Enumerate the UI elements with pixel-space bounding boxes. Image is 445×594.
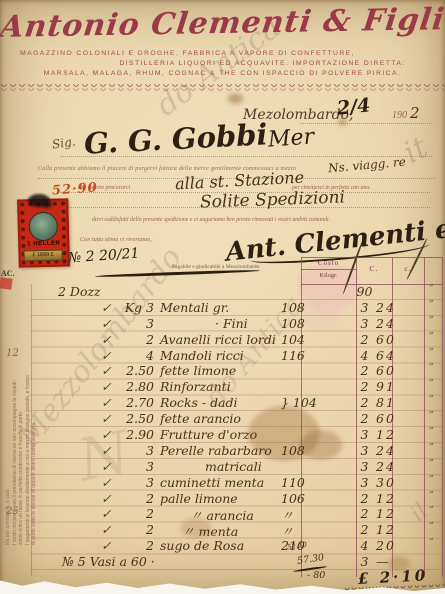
table-row: ✓ 2 sugo de Rosa 210 4 20 ” (0, 538, 445, 554)
row-price-cents: 24 (376, 443, 402, 458)
row-price-lire: 2 (355, 506, 374, 521)
row-price-lire: 2 (355, 491, 374, 506)
table-row: ✓ 2.50 fette arancio 2 60 ” (0, 411, 445, 427)
closing-line: Con tutta stima vi riveriamo, (80, 236, 152, 243)
row-ditto-tick: ” (429, 363, 434, 373)
row-ditto-tick: ” (429, 491, 434, 501)
row-description: · Fini (215, 316, 248, 331)
row-ditto-tick: ” (429, 506, 434, 516)
row-price-cents: 24 (376, 316, 402, 331)
row-quantity: Kg 3 (118, 300, 154, 315)
row-price-cents: 24 (376, 300, 402, 315)
row-quantity: 3 (118, 459, 154, 474)
dateline-date-handwritten: 2/4 (336, 94, 372, 119)
row-quantity: 2 (118, 506, 154, 521)
row-quantity: 3 (118, 443, 154, 458)
scanned-invoice-page: do Antica it Mezzolombardo do Antica il … (0, 0, 445, 594)
row-ditto-tick: ” (429, 348, 434, 358)
row-price-lire: 3 (355, 459, 374, 474)
company-subtitle-line: DISTILLERIA LIQUORI ED ACQUAVITE. IMPORT… (40, 60, 445, 67)
row-check-mark: ✓ (101, 491, 119, 506)
package-label: AC. (1, 269, 15, 278)
row-description: Avanelli ricci lordi (160, 332, 276, 347)
intro-rule (60, 206, 430, 208)
row-quantity: 4 (118, 348, 154, 363)
satisfaction-line: dirvi soddisfatti della presente spedizi… (92, 217, 330, 223)
row-quantity: 2 (118, 491, 154, 506)
table-row: ✓ 3 · Fini 108 3 24 ” (0, 316, 445, 332)
row-ditto-tick: ” (429, 379, 434, 389)
row-price-cents: 30 (376, 475, 402, 490)
wavy-divider (0, 88, 445, 91)
revenue-stamp: 1 HELLER £ 1899 £ (17, 198, 70, 267)
row-weight: 106 (281, 491, 325, 506)
row-price-lire: 3 (355, 300, 374, 315)
row-weight: 110 (281, 475, 325, 490)
row-price-cents: 60 (376, 332, 402, 347)
row-ditto-tick: ” (429, 332, 434, 342)
row-price-lire: 3 (355, 554, 374, 569)
row-price-cents: 12 (376, 522, 402, 537)
row-quantity: 3 (118, 316, 154, 331)
row-check-mark: ✓ (101, 443, 119, 458)
row-price-cents: 60 (376, 411, 402, 426)
row-weight: 108 (281, 443, 325, 458)
row-price-lire: 2 (355, 395, 374, 410)
row-check-mark: ✓ (101, 459, 119, 474)
row-ditto-tick: ” (429, 427, 434, 437)
table-row: ✓ 3 matricali 3 24 ” (0, 459, 445, 475)
row-check-mark: ✓ (101, 395, 119, 410)
row-check-mark: ✓ (101, 316, 119, 331)
row-price-cents: 12 (376, 506, 402, 521)
underline-swoosh (95, 269, 260, 278)
row-price-cents: 12 (376, 427, 402, 442)
row-price-lire: 3 (355, 427, 374, 442)
margin-conditions-text: lità per ammanchi, e calo. I nostri reci… (5, 289, 38, 545)
row-check-mark: ✓ (101, 475, 119, 490)
intro-hand-1: Ns. viagg. re (328, 155, 407, 176)
row-quantity: 2.50 (118, 411, 154, 426)
row-price-lire: 3 (355, 475, 374, 490)
addressee-title: Mer (267, 124, 315, 152)
table-header-top-line (301, 257, 442, 258)
table-row: ✓ 2 palle limone 106 2 12 ” (0, 491, 445, 507)
foxing-stain (228, 93, 243, 104)
date-rule (300, 122, 432, 124)
row-ditto-tick: ” (429, 522, 434, 532)
row-description: palle limone (160, 491, 238, 506)
row-check-mark: ✓ (101, 379, 119, 394)
row-price-lire: 2 (355, 379, 374, 394)
column-header-c-lower: c. (392, 264, 424, 273)
row-ditto-tick: ” (429, 395, 434, 405)
table-row: ✓ Kg 3 Mentali gr. 108 3 24 ” (0, 300, 445, 316)
row-price-cents: 81 (376, 395, 402, 410)
row-check-mark: ✓ (101, 348, 119, 363)
column-header-costo: Costo (301, 259, 356, 267)
row-price-cents: 20 (376, 538, 402, 553)
row-price-lire: 90 (355, 284, 374, 299)
company-subtitle-line: MAGAZZINO COLONIALI E DROGHE, FABBRICA A… (0, 50, 410, 57)
table-row: ✓ 2.80 Rinforzanti 2 91 ” (0, 379, 445, 395)
table-row: ✓ 3 cuminetti menta 110 3 30 ” (0, 475, 445, 491)
table-row: ✓ 2 Avanelli ricci lordi 104 2 60 ” (0, 332, 445, 348)
subtotal-low: - 80 (307, 570, 325, 581)
row-description: Frutture d'orzo (160, 427, 257, 442)
stamp-cancellation-mark (42, 201, 52, 208)
row-weight: 104 (281, 332, 325, 347)
row-description: Rocks - dadi (160, 395, 238, 410)
row-weight: 116 (281, 348, 325, 363)
row-weight: 108 (281, 300, 325, 315)
row-check-mark: ✓ (101, 411, 119, 426)
row-price-lire: 2 (355, 332, 374, 347)
row-description: fette limone (160, 363, 236, 378)
row-price-lire: 4 (355, 348, 374, 363)
company-subtitle-line: MARSALA, MALAGA, RHUM, COGNAC & THE CON … (0, 70, 445, 77)
row-description: Mandoli ricci (160, 348, 244, 363)
column-header-c-upper: C. (356, 264, 392, 273)
row-ditto-tick: ” (429, 411, 434, 421)
condition-line: di porto sotto le dovute di oppure dietr… (31, 289, 38, 545)
row-price-lire: 3 (355, 443, 374, 458)
company-name: Antonio Clementi & Figli (0, 2, 445, 45)
row-check-mark: ✓ (101, 506, 119, 521)
stamp-denomination-label: 1 HELLER (20, 240, 67, 247)
row-price-cents: 60 (376, 363, 402, 378)
row-weight: 108 (281, 316, 325, 331)
wavy-divider (0, 84, 445, 87)
row-weight: } 104 (281, 395, 325, 410)
table-row: 12 ✓ 4 Mandoli ricci 116 4 64 ” (0, 348, 445, 364)
table-row: № 5 Vasi a 60 · 3 — (0, 554, 445, 570)
dateline-year-handwritten: 2 (410, 104, 420, 122)
row-quantity: 3 (118, 475, 154, 490)
table-row: 2 Dozz 90 ” (0, 284, 445, 300)
row-description: Rinforzanti (160, 379, 231, 394)
row-quantity: 2.90 (118, 427, 154, 442)
red-total-annotation: 52·90 (52, 180, 99, 198)
row-price-lire: 4 (355, 538, 374, 553)
row-ditto-tick: ” (429, 443, 434, 453)
table-header-mid-line (301, 269, 356, 270)
invoice-rows: 2 Dozz 90 ” ✓ Kg 3 Mentali gr. 108 3 24 … (0, 284, 445, 570)
row-quantity: 2 (118, 332, 154, 347)
row-description: Mentali gr. (160, 300, 229, 315)
row-quantity: 2 (118, 522, 154, 537)
row-quantity: 2.70 (118, 395, 154, 410)
row-quantity: 2.50 (118, 363, 154, 378)
row-description: cuminetti menta (160, 475, 264, 490)
row-price-lire: 2 (355, 411, 374, 426)
row-quantity: 2.80 (118, 379, 154, 394)
row-description: sugo de Rosa (160, 538, 244, 553)
table-row: ✓ 2.50 fette limone 2 60 ” (0, 363, 445, 379)
package-note-handwritten: № 2 20/21 (68, 246, 140, 267)
row-ditto-tick: ” (429, 538, 434, 548)
table-row: 25 ✓ 2 〃 arancia 〃 2 12 ” (0, 506, 445, 522)
row-quantity: 2 (118, 538, 154, 553)
row-description: 2 Dozz (58, 284, 101, 299)
intro-hand-3: Solite Spedizioni (200, 187, 346, 212)
row-ditto-tick: ” (429, 459, 434, 469)
row-description: matricali (205, 459, 262, 474)
row-price-lire: 2 (355, 522, 374, 537)
row-price-cents: 24 (376, 459, 402, 474)
table-row: ✓ 2.90 Frutture d'orzo 3 12 ” (0, 427, 445, 443)
stamp-year-band: £ 1899 £ (23, 250, 62, 262)
row-ditto-tick: ” (429, 284, 434, 294)
row-ditto-tick: ” (429, 475, 434, 485)
addressee-salutation: Sig. (51, 134, 76, 151)
table-row: ✓ 2.70 Rocks - dadi } 104 2 81 ” (0, 395, 445, 411)
payable-line: Pagabile e giudicabile a Mezolombardo (172, 264, 259, 270)
row-description: fette arancio (160, 411, 241, 426)
dateline-year-printed: 190 (392, 110, 407, 121)
row-price-lire: 2 (355, 363, 374, 378)
row-check-mark: ✓ (101, 332, 119, 347)
table-row: ✓ 3 Perelle rabarbaro 108 3 24 ” (0, 443, 445, 459)
row-description: Perelle rabarbaro (160, 443, 272, 458)
row-price-cents: 64 (376, 348, 402, 363)
row-description: № 5 Vasi a 60 · (62, 554, 155, 569)
row-check-mark: ✓ (101, 300, 119, 315)
row-price-lire: 3 (355, 316, 374, 331)
row-price-cents: 12 (376, 491, 402, 506)
row-price-cents: 91 (376, 379, 402, 394)
column-header-kilogr: Kilogr. (301, 272, 356, 279)
row-ditto-tick: ” (429, 300, 434, 310)
row-check-mark: ✓ (101, 363, 119, 378)
table-row: ✓ 2 〃 menta 〃 2 12 ” (0, 522, 445, 538)
row-ditto-tick: ” (429, 316, 434, 326)
row-check-mark: ✓ (101, 427, 119, 442)
row-check-mark: ✓ (101, 522, 119, 537)
row-check-mark: ✓ (101, 538, 119, 553)
